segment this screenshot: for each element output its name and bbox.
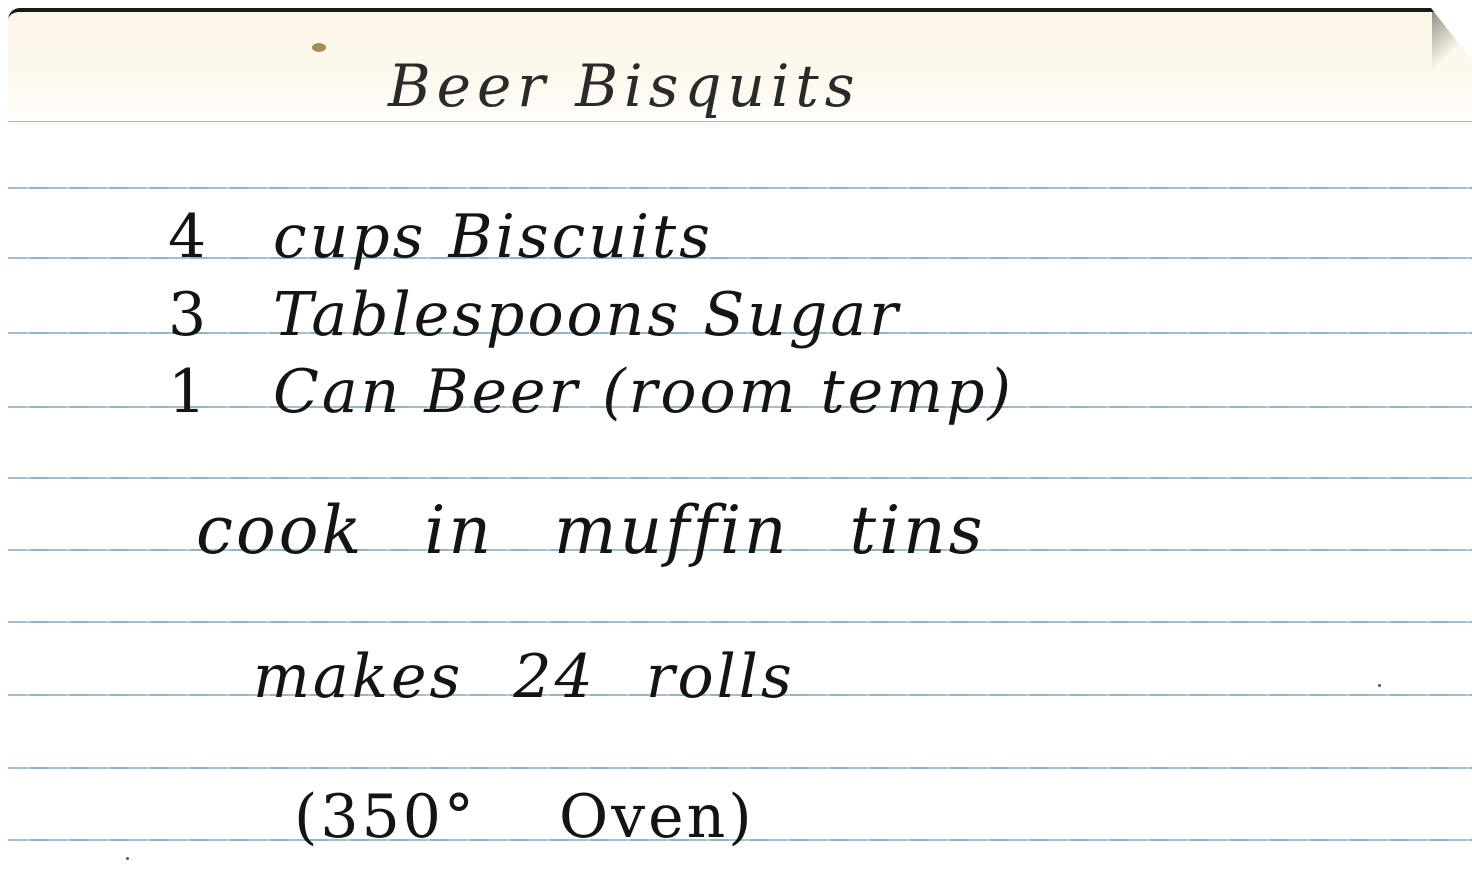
ingredient-text: Tablespoons Sugar [273, 280, 901, 350]
recipe-card: Beer Bisquits 4cups Biscuits 3Tablespoon… [8, 8, 1472, 880]
ingredient-line: 3Tablespoons Sugar [168, 280, 901, 350]
ingredient-line: 4cups Biscuits [168, 202, 713, 272]
ink-dot [1378, 684, 1381, 687]
ingredient-quantity: 1 [168, 357, 273, 427]
instruction-oven-temp: (350° Oven) [294, 782, 755, 852]
ingredient-line: 1Can Beer (room temp) [168, 357, 1014, 427]
ingredient-quantity: 4 [168, 202, 273, 272]
ink-dot [126, 857, 129, 860]
ingredient-text: cups Biscuits [273, 202, 713, 272]
ruled-line [8, 477, 1472, 479]
ruled-line [8, 621, 1472, 623]
header-red-rule [8, 121, 1472, 122]
stain-speck [312, 43, 326, 52]
instruction-cook: cook in muffin tins [196, 492, 986, 569]
ingredient-text: Can Beer (room temp) [273, 357, 1014, 427]
ruled-line [8, 187, 1472, 189]
ruled-line [8, 767, 1472, 769]
recipe-title: Beer Bisquits [388, 52, 860, 120]
instruction-yield: makes 24 rolls [253, 642, 795, 712]
cut-corner [1432, 12, 1472, 72]
ingredient-quantity: 3 [168, 280, 273, 350]
